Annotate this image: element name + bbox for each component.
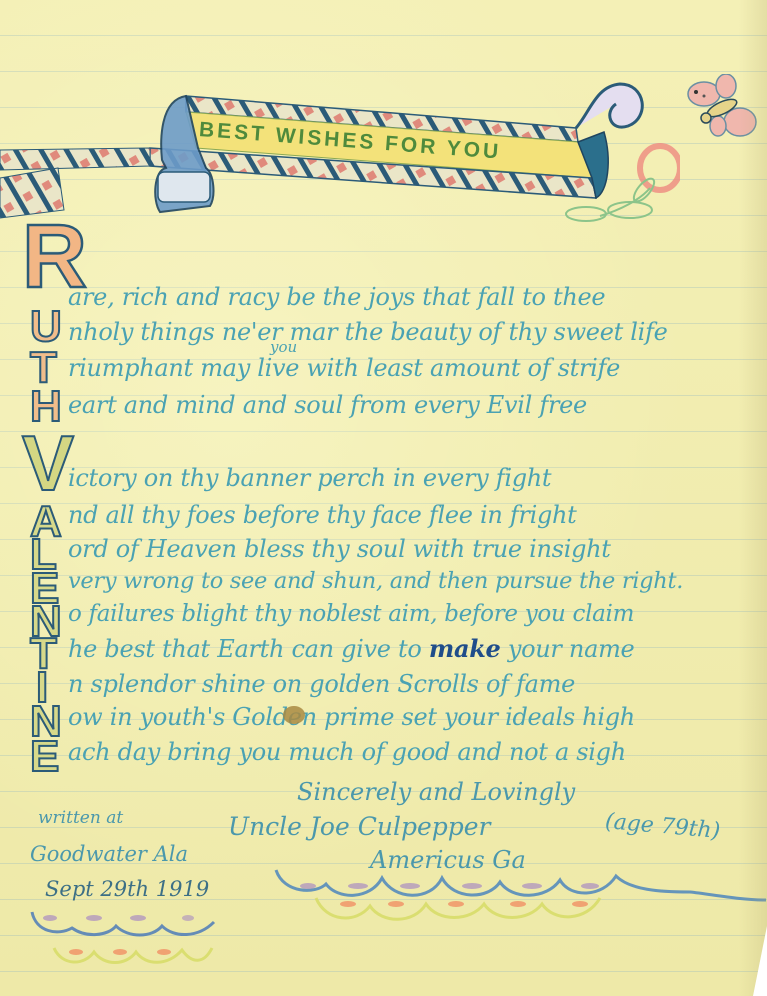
letter-date: Sept 29th 1919 <box>45 877 209 901</box>
poem-line: ord of Heaven bless thy soul with true i… <box>68 535 611 563</box>
poem-line: o failures blight thy noblest aim, befor… <box>68 601 634 627</box>
closing-line: Sincerely and Lovingly <box>297 778 575 806</box>
poem-line: riumphant may live with least amount of … <box>68 354 620 382</box>
poem-line: ow in youth's Golden prime set your idea… <box>68 703 635 731</box>
poem-line: n splendor shine on golden Scrolls of fa… <box>68 670 575 698</box>
acrostic-letter-v: V <box>22 424 74 502</box>
emphasized-word: make <box>429 634 501 663</box>
scallop-border-left <box>28 908 228 978</box>
ink-stain <box>283 706 305 724</box>
paper-edge-shadow <box>739 0 767 996</box>
poem-line: are, rich and racy be the joys that fall… <box>68 283 605 311</box>
poem-text: your name <box>501 635 635 663</box>
letter-page: BEST WISHES FOR YOU R U T H V A L E N T … <box>0 0 767 996</box>
written-at-label: written at <box>38 808 123 828</box>
poem-line: eart and mind and soul from every Evil f… <box>68 391 587 419</box>
scallop-border-right <box>270 864 767 939</box>
poem-line: nd all thy foes before thy face flee in … <box>68 501 577 529</box>
flower-icon <box>560 140 680 230</box>
poem-line: nholy things ne'er mar the beauty of thy… <box>68 318 668 346</box>
poem-line: ictory on thy banner perch in every figh… <box>68 464 551 492</box>
poem-text: he best that Earth can give to <box>68 635 429 663</box>
origin-town: Goodwater Ala <box>30 842 188 866</box>
poem-line: he best that Earth can give to make your… <box>68 634 634 663</box>
signature-age: (age 79th) <box>604 809 721 844</box>
acrostic-letter-e2: E <box>30 735 59 779</box>
signature-name: Uncle Joe Culpepper <box>228 812 491 841</box>
poem-line: ach day bring you much of good and not a… <box>68 738 626 766</box>
poem-line: very wrong to see and shun, and then pur… <box>68 568 683 594</box>
torn-corner <box>753 926 767 996</box>
inserted-word: you <box>270 338 297 356</box>
